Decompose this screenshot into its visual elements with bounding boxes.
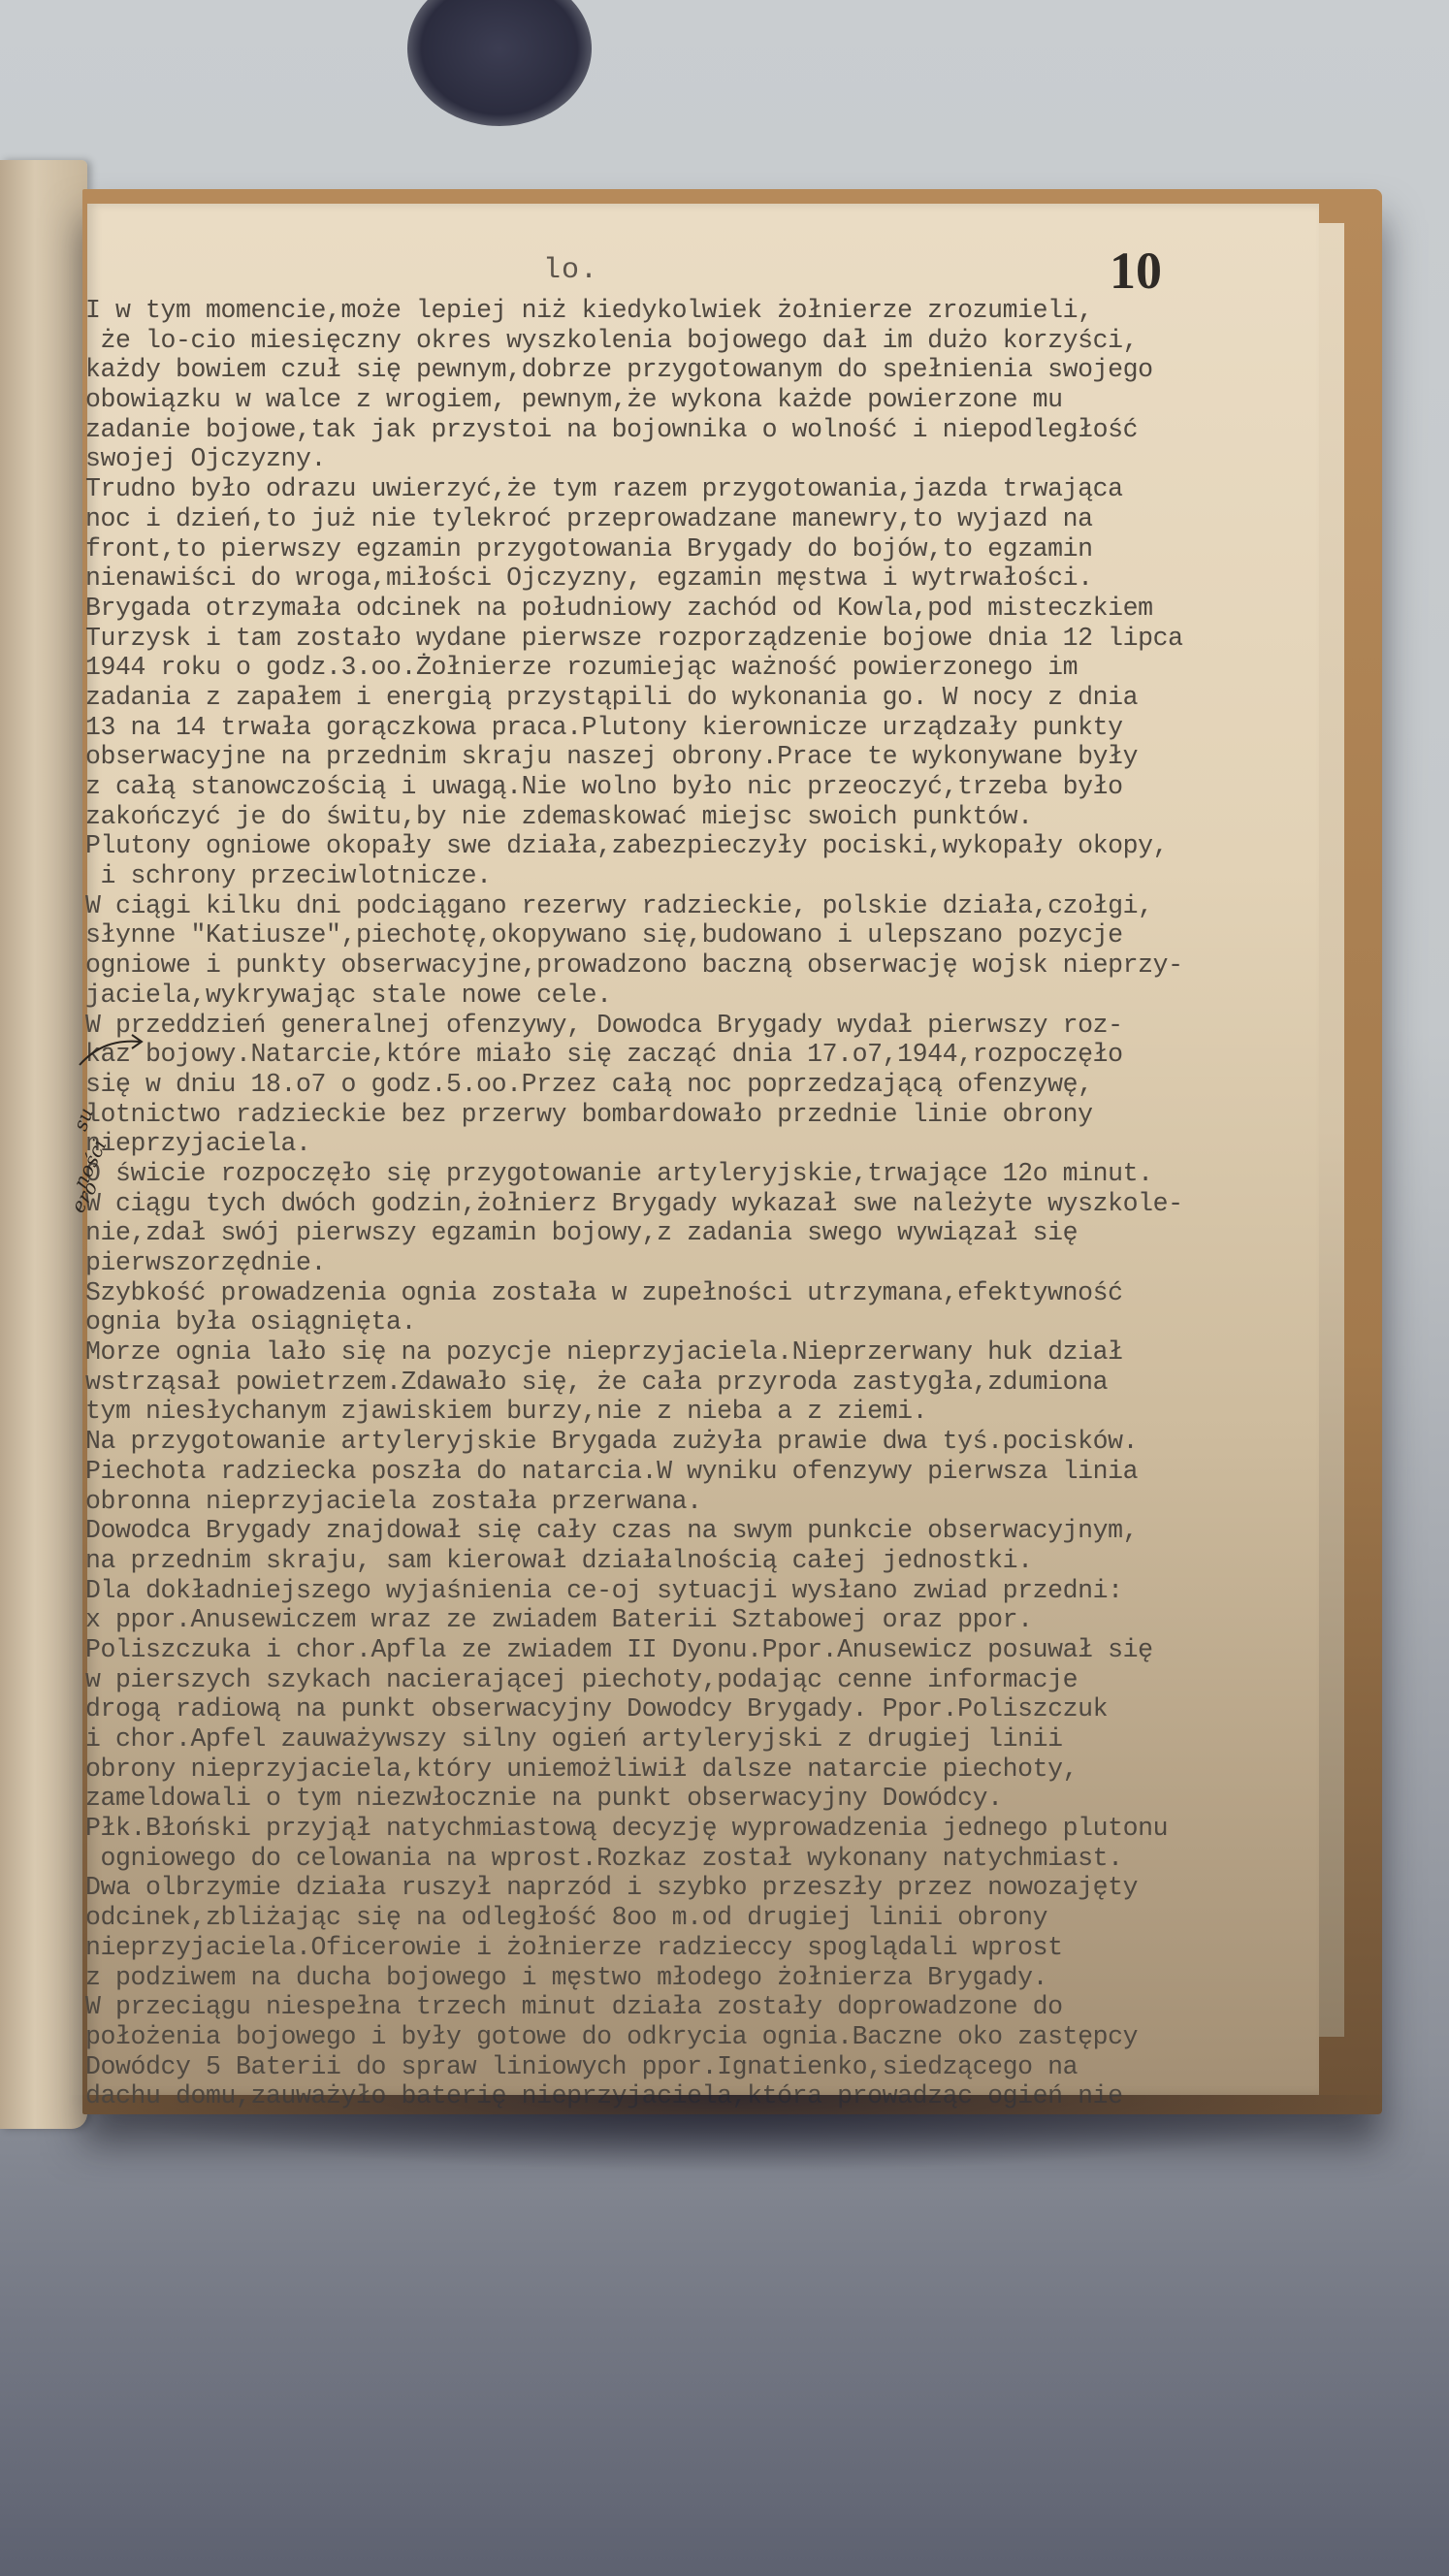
text-line: położenia bojowego i były gotowe do odkr…: [85, 2022, 1336, 2052]
text-line: Turzysk i tam zostało wydane pierwsze ro…: [85, 624, 1336, 654]
typed-page-number: lo.: [543, 254, 598, 287]
text-line: Szybkość prowadzenia ognia została w zup…: [85, 1278, 1336, 1308]
text-line: lotnictwo radzieckie bez przerwy bombard…: [85, 1100, 1336, 1130]
text-line: obowiązku w walce z wrogiem, pewnym,że w…: [85, 385, 1336, 415]
text-line: kaz bojowy.Natarcie,które miało się zacz…: [85, 1040, 1336, 1070]
text-line: ogniowego do celowania na wprost.Rozkaz …: [85, 1844, 1336, 1874]
text-line: obrony nieprzyjaciela,który uniemożliwił…: [85, 1755, 1336, 1785]
text-line: 13 na 14 trwała gorączkowa praca.Plutony…: [85, 713, 1336, 743]
text-line: Morze ognia lało się na pozycje nieprzyj…: [85, 1337, 1336, 1368]
handwritten-arrow-icon: [78, 1032, 145, 1071]
text-line: się w dniu 18.o7 o godz.5.oo.Przez całą …: [85, 1070, 1336, 1100]
text-line: wstrząsał powietrzem.Zdawało się, że cał…: [85, 1368, 1336, 1398]
text-line: ogniowe i punkty obserwacyjne,prowadzono…: [85, 950, 1336, 981]
text-line: z całą stanowczością i uwagą.Nie wolno b…: [85, 772, 1336, 802]
typed-body-text: I w tym momencie,może lepiej niż kiedyko…: [85, 296, 1336, 2111]
text-line: zadania z zapałem i energią przystąpili …: [85, 683, 1336, 713]
text-line: Dla dokładniejszego wyjaśnienia ce-oj sy…: [85, 1576, 1336, 1606]
text-line: x ppor.Anusewiczem wraz ze zwiadem Bater…: [85, 1605, 1336, 1635]
text-line: noc i dzień,to już nie tylekroć przeprow…: [85, 504, 1336, 534]
text-line: Piechota radziecka poszła do natarcia.W …: [85, 1457, 1336, 1487]
text-line: obronna nieprzyjaciela została przerwana…: [85, 1487, 1336, 1517]
text-line: pierwszorzędnie.: [85, 1248, 1336, 1278]
text-line: drogą radiową na punkt obserwacyjny Dowo…: [85, 1694, 1336, 1724]
text-line: i chor.Apfel zauważywszy silny ogień art…: [85, 1724, 1336, 1755]
text-line: odcinek,zbliżając się na odległość 8oo m…: [85, 1903, 1336, 1933]
text-line: W ciągu tych dwóch godzin,żołnierz Bryga…: [85, 1189, 1336, 1219]
text-line: Brygada otrzymała odcinek na południowy …: [85, 594, 1336, 624]
text-line: zakończyć je do świtu,by nie zdemaskować…: [85, 802, 1336, 832]
text-line: że lo-cio miesięczny okres wyszkolenia b…: [85, 326, 1336, 356]
left-facing-page: [0, 160, 87, 2129]
text-line: Trudno było odrazu uwierzyć,że tym razem…: [85, 474, 1336, 504]
text-line: W przeciągu niespełna trzech minut dział…: [85, 1992, 1336, 2022]
text-line: 1944 roku o godz.3.oo.Żołnierze rozumiej…: [85, 653, 1336, 683]
text-line: Poliszczuka i chor.Apfla ze zwiadem II D…: [85, 1635, 1336, 1665]
text-line: każdy bowiem czuł się pewnym,dobrze przy…: [85, 355, 1336, 385]
text-line: front,to pierwszy egzamin przygotowania …: [85, 534, 1336, 564]
text-line: słynne "Katiusze",piechotę,okopywano się…: [85, 920, 1336, 950]
binder-shadow: [58, 2095, 1397, 2173]
stamped-page-number: 10: [1110, 241, 1162, 301]
text-line: nienawiści do wroga,miłości Ojczyzny, eg…: [85, 563, 1336, 594]
text-line: ognia była osiągnięta.: [85, 1307, 1336, 1337]
text-line: obserwacyjne na przednim skraju naszej o…: [85, 742, 1336, 772]
text-line: na przednim skraju, sam kierował działal…: [85, 1546, 1336, 1576]
text-line: tym niesłychanym zjawiskiem burzy,nie z …: [85, 1397, 1336, 1427]
text-line: Dowódcy 5 Baterii do spraw liniowych ppo…: [85, 2052, 1336, 2082]
text-line: Płk.Błoński przyjął natychmiastową decyz…: [85, 1814, 1336, 1844]
text-line: Na przygotowanie artyleryjskie Brygada z…: [85, 1427, 1336, 1457]
text-line: w pierszych szykach nacierającej piechot…: [85, 1665, 1336, 1695]
text-line: Dwa olbrzymie działa ruszył naprzód i sz…: [85, 1873, 1336, 1903]
text-line: z podziwem na ducha bojowego i męstwo mł…: [85, 1963, 1336, 1993]
text-line: swojej Ojczyzny.: [85, 444, 1336, 474]
text-line: I w tym momencie,może lepiej niż kiedyko…: [85, 296, 1336, 326]
text-line: jaciela,wykrywając stale nowe cele.: [85, 981, 1336, 1011]
text-line: nie,zdał swój pierwszy egzamin bojowy,z …: [85, 1218, 1336, 1248]
text-line: nieprzyjaciela.Oficerowie i żołnierze ra…: [85, 1933, 1336, 1963]
text-line: zadanie bojowe,tak jak przystoi na bojow…: [85, 415, 1336, 445]
text-line: W przeddzień generalnej ofenzywy, Dowodc…: [85, 1011, 1336, 1041]
text-line: Plutony ogniowe okopały swe działa,zabez…: [85, 831, 1336, 861]
text-line: nieprzyjaciela.: [85, 1129, 1336, 1159]
text-line: O świcie rozpoczęło się przygotowanie ar…: [85, 1159, 1336, 1189]
background-object: [407, 0, 592, 126]
text-line: zameldowali o tym niezwłocznie na punkt …: [85, 1784, 1336, 1814]
text-line: i schrony przeciwlotnicze.: [85, 861, 1336, 891]
text-line: W ciągi kilku dni podciągano rezerwy rad…: [85, 891, 1336, 921]
text-line: Dowodca Brygady znajdował się cały czas …: [85, 1516, 1336, 1546]
